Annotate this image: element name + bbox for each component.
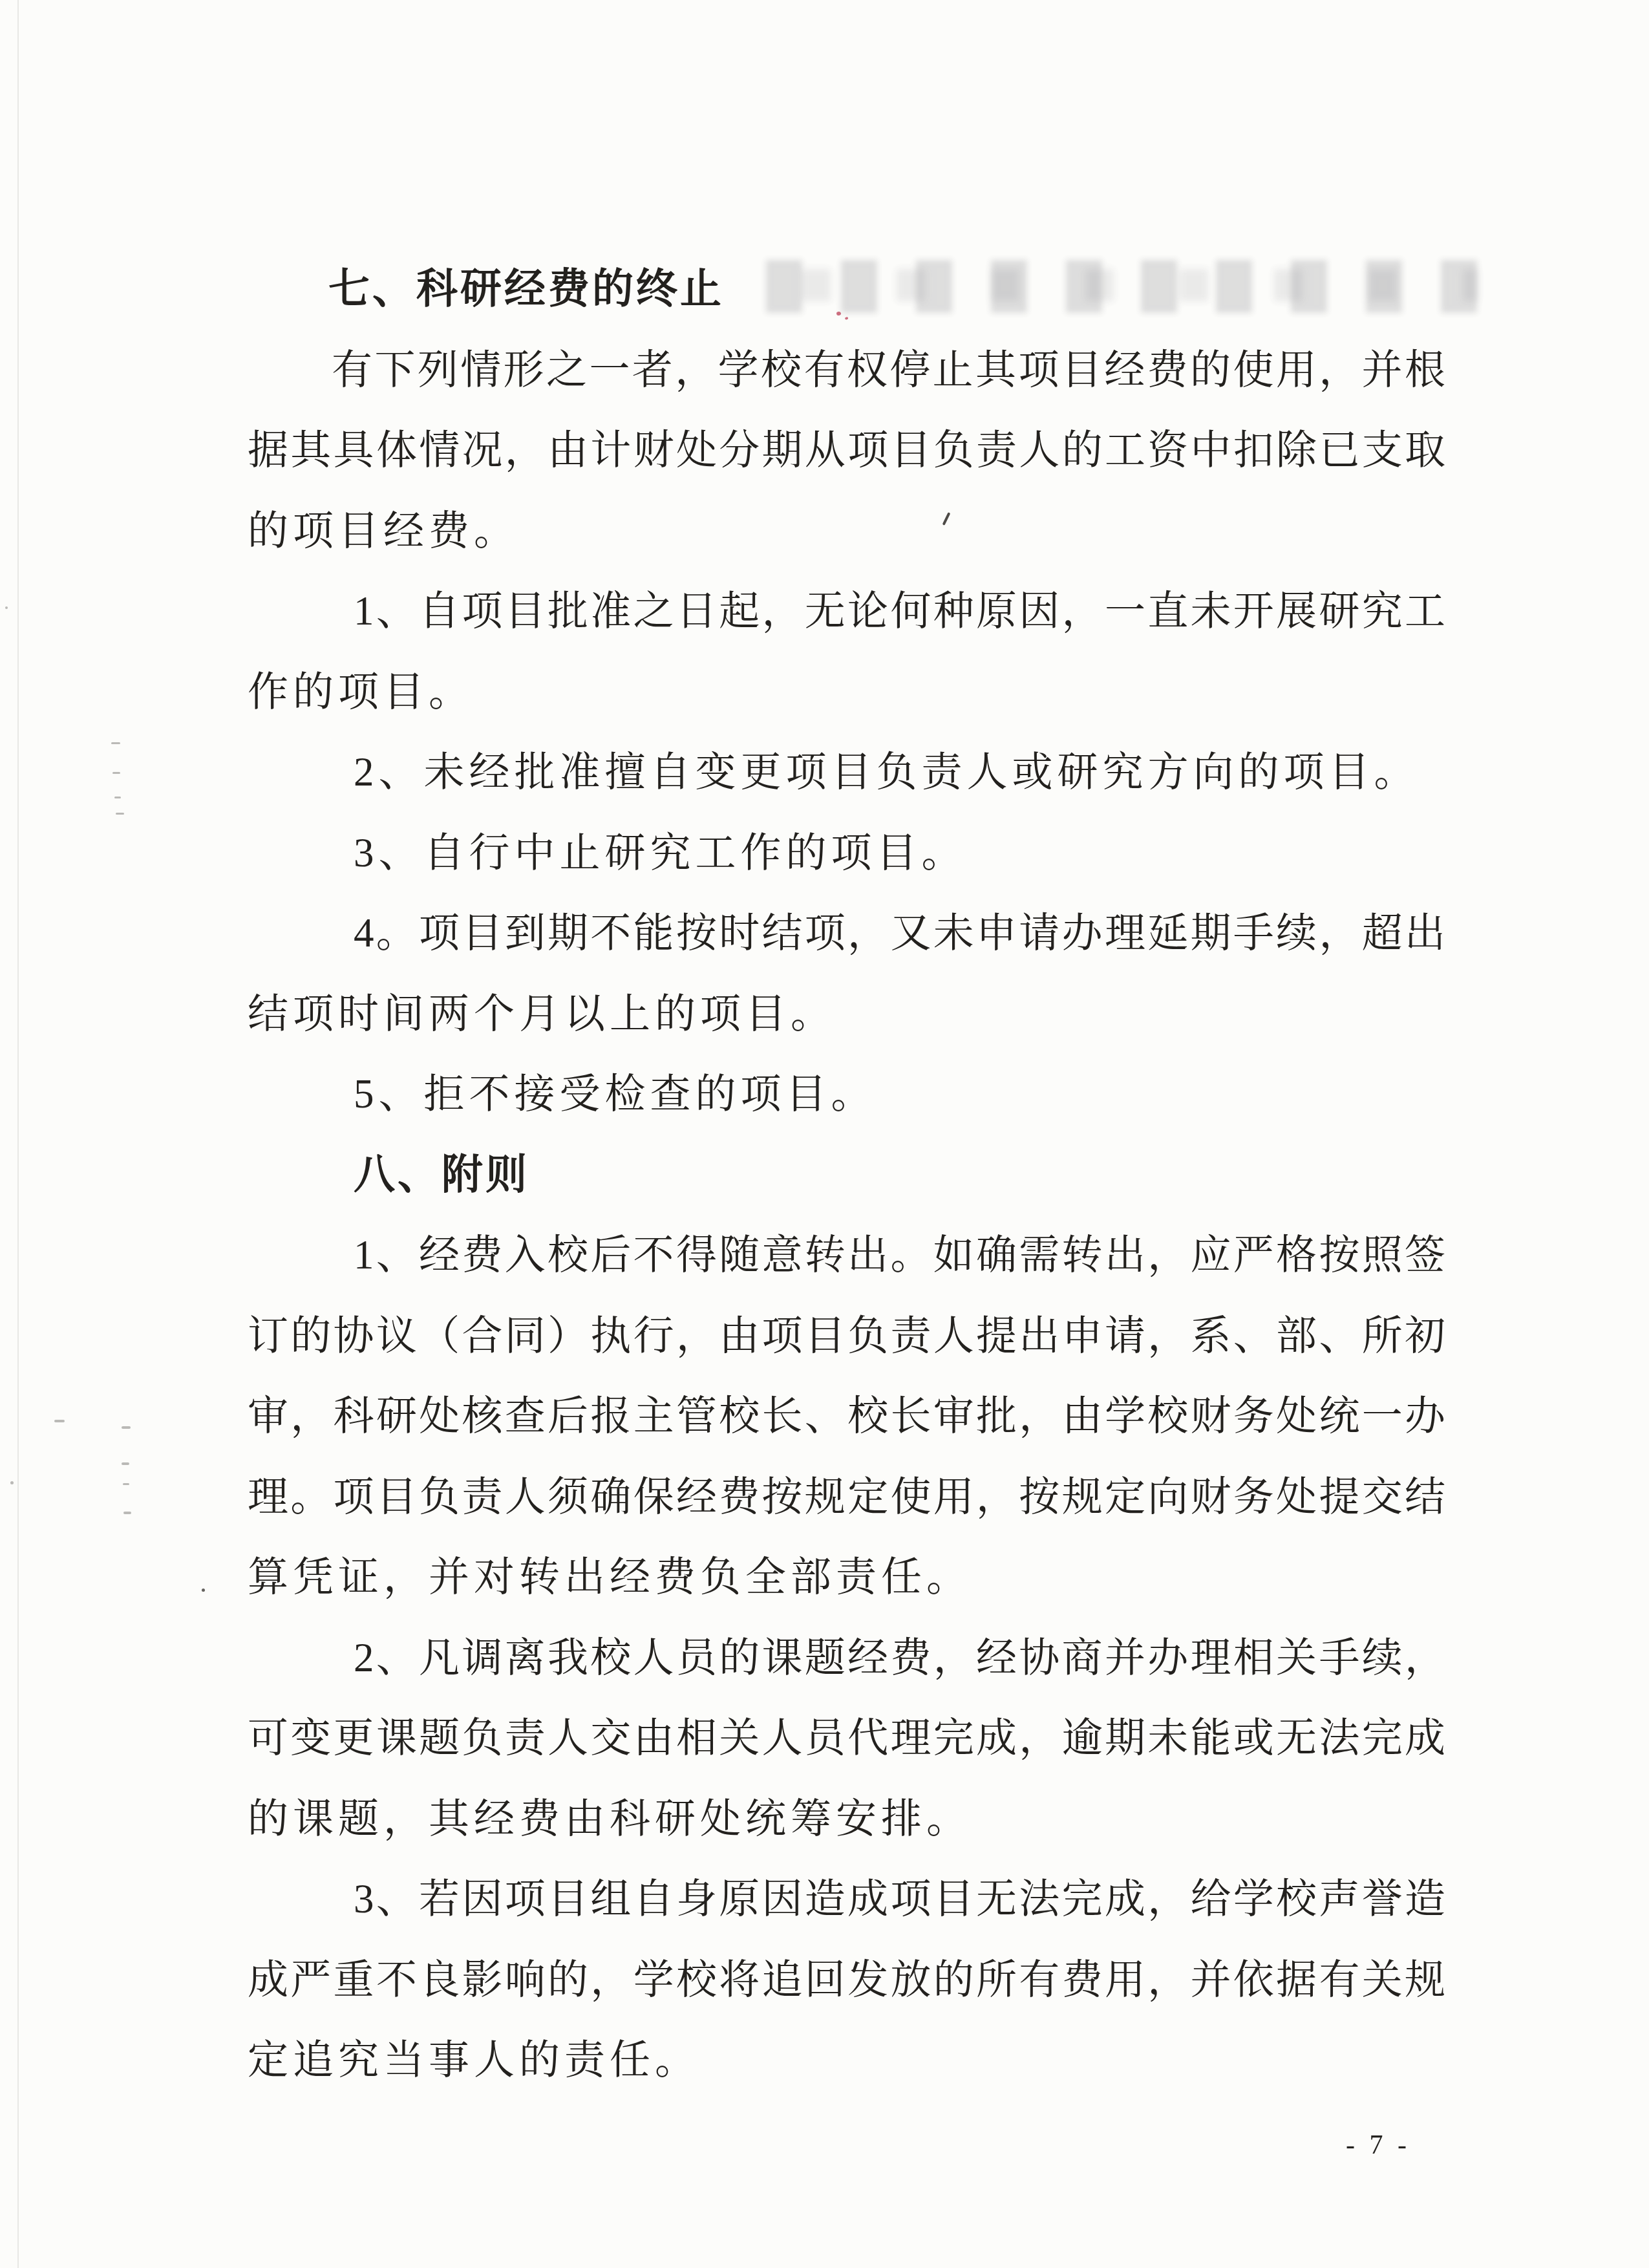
- rule-2-line: 可变更课题负责人交由相关人员代理完成，逾期未能或无法完成: [248, 1698, 1445, 1779]
- item-4-line: 结项时间两个月以上的项目。: [248, 974, 1445, 1054]
- scan-speck: [5, 606, 8, 609]
- rule-1-line: 订的协议（合同）执行，由项目负责人提出申请，系、部、所初: [248, 1296, 1445, 1376]
- scan-speck: [114, 797, 121, 798]
- rule-3-line: 定追究当事人的责任。: [248, 2020, 1445, 2101]
- scan-speck: [54, 1420, 65, 1422]
- scan-speck: [123, 1483, 129, 1485]
- scan-speck: [111, 742, 120, 744]
- rule-3-line: 3、若因项目组自身原因造成项目无法完成，给学校声誉造: [248, 1859, 1445, 1940]
- intro-line: 的项目经费。: [248, 491, 1445, 572]
- scan-speck: [123, 1512, 131, 1514]
- scan-speck: [202, 1589, 205, 1592]
- item-5-line: 5、拒不接受检查的项目。: [248, 1054, 1445, 1135]
- scan-speck: [122, 1462, 129, 1465]
- scan-speck: [122, 1426, 131, 1429]
- scan-speck: [10, 1481, 14, 1484]
- section-8-heading: 八、附则: [248, 1135, 1445, 1215]
- document-body: 七、科研经费的终止 有下列情形之一者，学校有权停止其项目经费的使用，并根 据其具…: [248, 249, 1445, 2101]
- rule-1-line: 审，科研处核查后报主管校长、校长审批，由学校财务处统一办: [248, 1376, 1445, 1457]
- item-4-line: 4。项目到期不能按时结项，又未申请办理延期手续，超出: [248, 893, 1445, 974]
- scan-speck: [116, 813, 124, 815]
- rule-3-line: 成严重不良影响的，学校将追回发放的所有费用，并依据有关规: [248, 1940, 1445, 2020]
- section-7-heading: 七、科研经费的终止: [248, 249, 1445, 330]
- item-3-line: 3、自行中止研究工作的项目。: [248, 813, 1445, 893]
- intro-line: 有下列情形之一者，学校有权停止其项目经费的使用，并根: [248, 330, 1445, 411]
- scanned-document-page: 七、科研经费的终止 有下列情形之一者，学校有权停止其项目经费的使用，并根 据其具…: [0, 0, 1649, 2268]
- rule-2-line: 2、凡调离我校人员的课题经费，经协商并办理相关手续，: [248, 1618, 1445, 1698]
- scan-speck: [112, 772, 120, 774]
- item-1-line: 作的项目。: [248, 652, 1445, 733]
- rule-1-line: 理。项目负责人须确保经费按规定使用，按规定向财务处提交结: [248, 1457, 1445, 1537]
- rule-1-line: 算凭证，并对转出经费负全部责任。: [248, 1537, 1445, 1618]
- rule-1-line: 1、经费入校后不得随意转出。如确需转出，应严格按照签: [248, 1215, 1445, 1296]
- item-2-line: 2、未经批准擅自变更项目负责人或研究方向的项目。: [248, 732, 1445, 813]
- page-number: - 7 -: [1346, 2126, 1456, 2165]
- rule-2-line: 的课题，其经费由科研处统筹安排。: [248, 1779, 1445, 1859]
- intro-line: 据其具体情况，由计财处分期从项目负责人的工资中扣除已支取: [248, 410, 1445, 491]
- item-1-line: 1、自项目批准之日起，无论何种原因，一直未开展研究工: [248, 571, 1445, 652]
- scanner-edge-line: [17, 0, 19, 2268]
